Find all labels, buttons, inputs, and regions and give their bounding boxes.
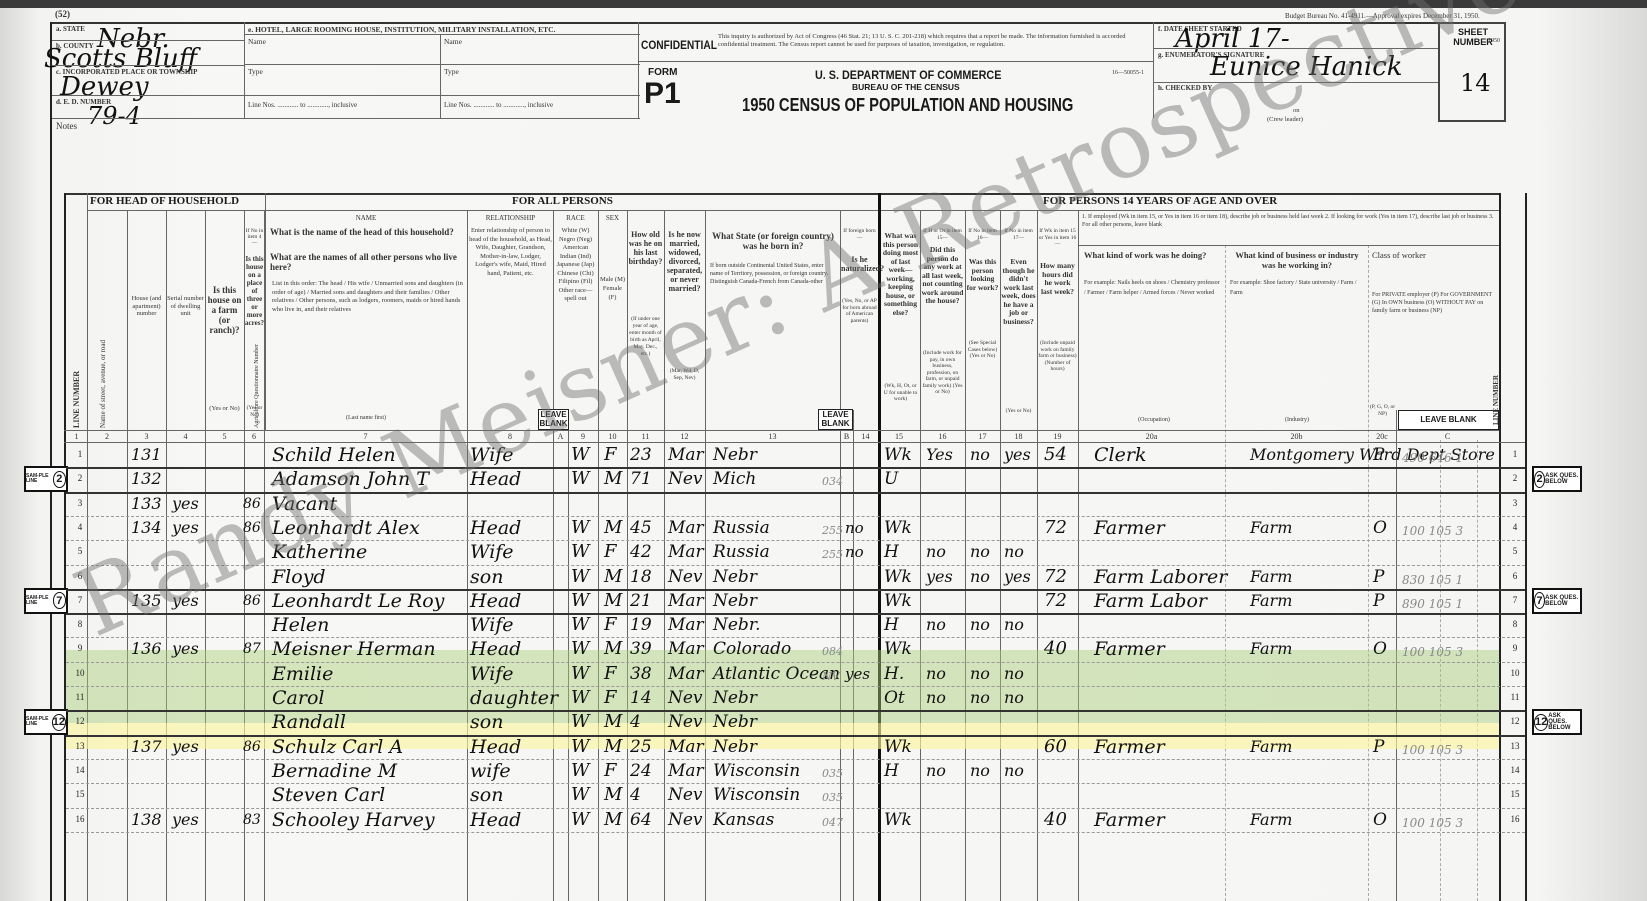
column-number: 15 [878, 432, 920, 441]
cell-farm: yes [172, 736, 199, 758]
inst-lines-label-2: Line Nos. ............ to ............, … [444, 101, 553, 109]
cell-agri: 83 [243, 809, 261, 831]
column-number: 20a [1078, 432, 1225, 441]
ask-questions-tag: 7ASK QUES. BELOW [1532, 588, 1582, 614]
col20c-header: Class of worker [1372, 251, 1497, 261]
header-rule [52, 118, 640, 119]
cell-b-code: 255 [822, 544, 843, 566]
cell-occ: Clerk [1094, 444, 1146, 466]
ed-value: 79-4 [87, 102, 141, 130]
cell-hours: 40 [1044, 638, 1067, 660]
cell-rel: Head [470, 736, 521, 758]
right-linenum-border [1525, 193, 1527, 901]
cell-race: W [571, 444, 590, 466]
cell-race: W [571, 638, 590, 660]
cell-look: no [970, 760, 990, 782]
cell-age: 4 [630, 784, 641, 806]
cell-age: 45 [630, 517, 652, 539]
cell-c-code: 890 105 1 [1402, 593, 1463, 615]
divider [1153, 82, 1438, 83]
cell-job: no [1004, 687, 1024, 709]
col9-title: RACE [554, 214, 597, 223]
crew-leader: (Crew leader) [1267, 116, 1303, 123]
inst-type-label-1: Type [248, 67, 263, 76]
col13-note: If born outside Continental United State… [710, 262, 836, 286]
col10-text: Male (M) Female (F) [599, 275, 626, 302]
cell-rel: Head [470, 590, 521, 612]
cell-work: yes [926, 566, 953, 588]
cell-cls: P [1373, 736, 1384, 758]
line-number: 1 [72, 449, 88, 459]
col14-note: (Yes, No, or AP for born abroad of Ameri… [841, 298, 878, 324]
cell-cls: P [1373, 444, 1384, 466]
col-rule [1078, 210, 1079, 901]
cell-sex: M [604, 566, 622, 588]
ask-line-number: 7 [1534, 592, 1545, 609]
cell-hours: 72 [1044, 517, 1067, 539]
cell-birth: Nebr. [713, 614, 760, 636]
heavy-divider [878, 193, 881, 901]
cell-race: W [571, 663, 590, 685]
cell-rel: wife [470, 760, 511, 782]
leave-blank-c: LEAVE BLANK [1398, 410, 1499, 430]
col10-title: SEX [599, 214, 626, 223]
cell-age: 18 [630, 566, 652, 588]
cell-c-code: 100 105 3 [1402, 812, 1463, 834]
cell-name: Meisner Herman [272, 638, 436, 660]
cell-birth: Wisconsin [713, 760, 800, 782]
cell-mar: Mar [668, 663, 704, 685]
cell-name: Emilie [272, 663, 333, 685]
column-number: 5 [205, 432, 244, 441]
sample-line-label: SAM-PLE LINE [26, 474, 53, 484]
line-number-right: 13 [1505, 741, 1525, 751]
cell-occ: Farmer [1094, 517, 1165, 539]
column-number: 8 [467, 432, 553, 441]
divider [52, 40, 244, 41]
cell-nat: no [845, 541, 864, 563]
divider [638, 61, 1153, 62]
col7-foot: (Last name first) [268, 414, 464, 423]
cell-hours: 60 [1044, 736, 1067, 758]
divider [1153, 22, 1154, 118]
cell-act: H [884, 760, 899, 782]
cell-rel: Wife [470, 614, 514, 636]
bureau: BUREAU OF THE CENSUS [852, 82, 960, 92]
inst-lines-label-1: Line Nos. ............ to ............, … [248, 101, 357, 109]
col8-title: RELATIONSHIP [469, 214, 552, 223]
date-value: April 17- [1175, 24, 1290, 54]
cell-serial: 134 [131, 517, 162, 539]
cell-farm: yes [172, 638, 199, 660]
divider [1078, 245, 1499, 246]
cell-b-code: 047 [822, 812, 843, 834]
cell-race: W [571, 760, 590, 782]
col20a-header: What kind of work was he doing? [1084, 251, 1224, 261]
line-number-right: 6 [1505, 571, 1525, 581]
cell-birth: Mich [713, 468, 756, 490]
line-number-right: 9 [1505, 643, 1525, 653]
sheet-number-box: SHEET NUMBER 14 [1438, 22, 1506, 122]
cell-b-code: 035 [822, 787, 843, 809]
cell-name: Steven Carl [272, 784, 385, 806]
cell-mar: Mar [668, 736, 704, 758]
cell-rel: son [470, 784, 503, 806]
cell-look: no [970, 663, 990, 685]
col20a-foot: (Occupation) [1084, 416, 1224, 425]
line-number-right: 11 [1505, 692, 1525, 702]
table-left-border [64, 193, 66, 901]
ask-line-number: 12 [1534, 714, 1548, 731]
cell-age: 19 [630, 614, 652, 636]
col7-q1: What is the name of the head of this hou… [270, 227, 464, 237]
location-block: a. STATE Nebr. b. COUNTY Scotts Bluff c.… [52, 22, 244, 122]
cell-act: Wk [884, 590, 912, 612]
divider [52, 95, 244, 96]
cell-name: Vacant [272, 493, 337, 515]
col20c-examples: For PRIVATE employer (P) For GOVERNMENT … [1372, 291, 1497, 315]
page-code: (52) [55, 9, 70, 19]
cell-sex: M [604, 809, 622, 831]
col9-text: White (W) Negro (Neg) American Indian (I… [554, 227, 597, 304]
line-number-right: 8 [1505, 619, 1525, 629]
inst-name-label-1: Name [248, 37, 266, 46]
divider [244, 34, 640, 35]
col5-header: Is this house on a place of three or mor… [245, 255, 264, 327]
cell-age: 14 [630, 687, 652, 709]
col-rule [1368, 245, 1369, 901]
cell-occ: Farmer [1094, 638, 1165, 660]
column-number: 13 [705, 432, 840, 441]
sample-line-number: 2 [53, 471, 66, 488]
line-number-header: LINE NUMBER [72, 371, 81, 428]
line-number: 10 [72, 668, 88, 678]
cell-age: 64 [630, 809, 652, 831]
cell-sex: M [604, 736, 622, 758]
col3-header: Serial number of dwelling unit [167, 295, 204, 318]
column-number: 17 [965, 432, 1000, 441]
cell-name: Leonhardt Le Roy [272, 590, 444, 612]
line-number-right: 15 [1505, 789, 1525, 799]
col1-header: Name of street, avenue, or road [99, 340, 107, 428]
divider [244, 64, 640, 65]
cell-race: W [571, 468, 590, 490]
cell-birth: Nebr [713, 444, 757, 466]
cell-look: no [970, 614, 990, 636]
cell-job: no [1004, 614, 1024, 636]
row-rule [66, 832, 1525, 833]
col16-note: (Include work for pay, in own business, … [921, 350, 964, 396]
cell-race: W [571, 614, 590, 636]
section-all-persons: FOR ALL PERSONS [512, 195, 613, 207]
column-number: C [1396, 432, 1499, 441]
cell-name: Schooley Harvey [272, 809, 435, 831]
cell-ind: Farm [1250, 566, 1292, 588]
cell-age: 24 [630, 760, 652, 782]
line-number: 14 [72, 765, 88, 775]
line-number-header-right: LINE NUMBER [1492, 375, 1500, 425]
col13-header: What State (or foreign country) was he b… [708, 231, 838, 251]
column-number: 2 [87, 432, 127, 441]
column-number: 7 [264, 432, 467, 441]
institution-header: e. HOTEL, LARGE ROOMING HOUSE, INSTITUTI… [248, 25, 555, 34]
cell-birth: Nebr [713, 687, 757, 709]
cell-serial: 136 [131, 638, 162, 660]
section-rule [87, 210, 1499, 211]
cell-job: no [1004, 541, 1024, 563]
ask-line-number: 2 [1534, 471, 1545, 488]
ask-label: ASK QUES. BELOW [1545, 473, 1580, 485]
cell-race: W [571, 541, 590, 563]
col16-header: Did this person do any work at all last … [921, 246, 964, 306]
col19-note: (Include unpaid work on family farm or b… [1038, 340, 1077, 373]
cell-sex: M [604, 468, 622, 490]
divider [244, 95, 640, 96]
cell-age: 25 [630, 736, 652, 758]
line-number-right: 3 [1505, 498, 1525, 508]
cell-age: 38 [630, 663, 652, 685]
confidential-label: CONFIDENTIAL [641, 38, 717, 52]
ask-questions-tag: 12ASK QUES. BELOW [1532, 709, 1582, 735]
cell-farm: yes [172, 517, 199, 539]
cell-work: Yes [926, 444, 953, 466]
col16-pre: If H or Ot in item 15— [921, 228, 964, 241]
cell-look: no [970, 566, 990, 588]
cell-sex: F [604, 614, 617, 636]
inst-type-label-2: Type [444, 67, 459, 76]
cell-birth: Wisconsin [713, 784, 800, 806]
cell-mar: Nev [668, 809, 703, 831]
cell-age: 21 [630, 590, 652, 612]
cell-b-code: 255 [822, 520, 843, 542]
col18-note: (Yes or No) [1001, 408, 1036, 415]
line-number: 4 [72, 522, 88, 532]
cell-c-code: 100 105 3 [1402, 641, 1463, 663]
cell-serial: 135 [131, 590, 162, 612]
cell-mar: Mar [668, 517, 704, 539]
cell-look: no [970, 541, 990, 563]
cell-name: Schild Helen [272, 444, 396, 466]
column-number: 16 [920, 432, 965, 441]
col18-header: Even though he didn't work last week, do… [1001, 258, 1036, 326]
cell-hours: 54 [1044, 444, 1067, 466]
cell-rel: Wife [470, 444, 514, 466]
cell-agri: 86 [243, 736, 261, 758]
table-top-rule [64, 193, 1499, 195]
cell-b-code: NV [822, 666, 840, 688]
confidential-text: This inquiry is authorized by Act of Con… [718, 33, 1143, 48]
cell-age: 39 [630, 638, 652, 660]
cell-act: U [884, 468, 898, 490]
column-number: 10 [598, 432, 627, 441]
cell-cls: P [1373, 590, 1384, 612]
cell-sex: F [604, 444, 617, 466]
cell-serial: 137 [131, 736, 162, 758]
line-number-right: 5 [1505, 546, 1525, 556]
cell-ind: Farm [1250, 736, 1292, 758]
col-rule [467, 210, 468, 901]
cell-cls: O [1373, 517, 1387, 539]
col5-pre: If No in item 4— [245, 228, 264, 246]
cell-age: 71 [630, 468, 652, 490]
line-number-right: 4 [1505, 522, 1525, 532]
cell-name: Randall [272, 711, 346, 733]
column-number: 20b [1225, 432, 1368, 441]
cell-name: Katherine [272, 541, 367, 563]
col20a-examples: For example: Nails heels on shoes / Chem… [1084, 278, 1222, 298]
cell-sex: F [604, 760, 617, 782]
cell-c-code: 100 105 3 [1402, 739, 1463, 761]
col12-note: (Mar, Wd, D, Sep, Nev) [665, 368, 704, 382]
cell-serial: 132 [131, 468, 162, 490]
col20b-header: What kind of business or industry was he… [1228, 251, 1366, 270]
cell-farm: yes [172, 493, 199, 515]
divider [638, 22, 639, 118]
sample-line-label: SAM-PLE LINE [26, 717, 52, 727]
sample-line-label: SAM-PLE LINE [26, 596, 53, 606]
cell-sex: M [604, 517, 622, 539]
leave-blank-b: LEAVE BLANK [818, 409, 853, 430]
sample-line-number: 12 [52, 714, 66, 731]
cell-name: Helen [272, 614, 329, 636]
col-rule [553, 210, 554, 901]
left-border [50, 22, 52, 901]
cell-b-code: 034 [822, 471, 843, 493]
line-number: 16 [72, 814, 88, 824]
col-rule [264, 210, 265, 901]
cell-mar: Mar [668, 614, 704, 636]
leave-blank-a: LEAVE BLANK [538, 409, 569, 430]
col20c-foot: (P, G, O, or NP) [1369, 404, 1396, 417]
cell-sex: M [604, 711, 622, 733]
inst-name-label-2: Name [444, 37, 462, 46]
cell-farm: yes [172, 809, 199, 831]
cell-cls: O [1373, 638, 1387, 660]
cell-rel: Head [470, 468, 521, 490]
cell-ind: Farm [1250, 638, 1292, 660]
cell-hours: 72 [1044, 590, 1067, 612]
column-number: 14 [853, 432, 878, 441]
cell-birth: Kansas [713, 809, 774, 831]
cell-work: no [926, 663, 946, 685]
cell-rel: son [470, 566, 503, 588]
cell-occ: Farm Laborer [1094, 566, 1227, 588]
cell-act: Wk [884, 444, 912, 466]
col-rule [1037, 210, 1038, 901]
cell-agri: 86 [243, 590, 261, 612]
cell-agri: 86 [243, 493, 261, 515]
divider [440, 34, 441, 118]
scan-top-edge [0, 0, 1647, 8]
col17-note: (See Special Cases below) (Yes or No) [966, 340, 999, 360]
cell-name: Bernadine M [272, 760, 397, 782]
cell-rel: Head [470, 638, 521, 660]
column-number: 11 [627, 432, 664, 441]
col19-header: How many hours did he work last week? [1038, 262, 1077, 296]
line-number-right: 14 [1505, 765, 1525, 775]
cell-job: no [1004, 663, 1024, 685]
col-rule [705, 210, 706, 901]
colnum-bottom-rule [64, 442, 1525, 443]
cell-age: 23 [630, 444, 652, 466]
sample-line-tag: SAM-PLE LINE2 [24, 466, 68, 492]
col15-header: What was this person doing most of last … [882, 232, 919, 317]
cell-job: no [1004, 760, 1024, 782]
cell-birth: Russia [713, 541, 770, 563]
cell-rel: Wife [470, 541, 514, 563]
cell-age: 4 [630, 711, 641, 733]
cell-serial: 133 [131, 493, 162, 515]
cell-act: Wk [884, 517, 912, 539]
line-number: 15 [72, 789, 88, 799]
divider [265, 193, 266, 430]
col6-header: Agriculture Questionnaire Number [254, 344, 260, 428]
department: U. S. DEPARTMENT OF COMMERCE [815, 68, 1001, 82]
cell-nat: no [845, 517, 864, 539]
col15-note: (Wk, H, Ot, or U for unable to work) [882, 383, 919, 403]
ask-questions-tag: 2ASK QUES. BELOW [1532, 466, 1582, 492]
cell-cls: O [1373, 809, 1387, 831]
col17-header: Was this person looking for work? [966, 258, 999, 292]
col8-text: Enter relationship of person to head of … [469, 227, 552, 278]
column-number: 4 [166, 432, 205, 441]
enumerator-signature: Eunice Hanick [1210, 52, 1403, 82]
cell-act: Wk [884, 566, 912, 588]
divider [244, 22, 245, 118]
sample-line-tag: SAM-PLE LINE7 [24, 588, 68, 614]
cell-c-code: 830 105 1 [1402, 569, 1463, 591]
divider [1153, 48, 1438, 49]
cell-ind: Farm [1250, 517, 1292, 539]
cell-birth: Nebr [713, 590, 757, 612]
col2-header: House (and apartment) number [128, 295, 165, 318]
line-number-right: 2 [1505, 473, 1525, 483]
cell-mar: Mar [668, 638, 704, 660]
cell-rel: son [470, 711, 503, 733]
cell-mar: Nev [668, 468, 703, 490]
cell-occ: Farmer [1094, 736, 1165, 758]
table-right-border [1499, 193, 1501, 901]
cell-hours: 40 [1044, 809, 1067, 831]
column-number: B [840, 432, 853, 441]
cell-birth: Nebr [713, 736, 757, 758]
line-number-right: 12 [1505, 716, 1525, 726]
cell-c-code: 100 105 3 [1402, 520, 1463, 542]
cell-birth: Nebr [713, 711, 757, 733]
section-head-of-household: FOR HEAD OF HOUSEHOLD [90, 195, 239, 207]
cell-job: yes [1004, 566, 1031, 588]
cell-mar: Nev [668, 784, 703, 806]
cell-act: H. [884, 663, 904, 685]
line-number: 5 [72, 546, 88, 556]
col12-header: Is he now married, widowed, divorced, se… [665, 230, 704, 293]
ask-label: ASK QUES. BELOW [1545, 595, 1580, 607]
cell-serial: 138 [131, 809, 162, 831]
section-14-and-over: FOR PERSONS 14 YEARS OF AGE AND OVER [1043, 195, 1277, 207]
cell-occ: Farmer [1094, 809, 1165, 831]
col14-pre: If foreign born— [841, 228, 878, 241]
cell-sex: M [604, 638, 622, 660]
cell-occ: Farm Labor [1094, 590, 1207, 612]
cell-sex: F [604, 541, 617, 563]
cell-act: H [884, 614, 899, 636]
cell-race: W [571, 809, 590, 831]
cell-birth: Colorado [713, 638, 791, 660]
notes-label: Notes [56, 121, 77, 131]
line-number: 7 [72, 595, 88, 605]
line-number: 9 [72, 643, 88, 653]
state-label: a. STATE [56, 25, 85, 34]
